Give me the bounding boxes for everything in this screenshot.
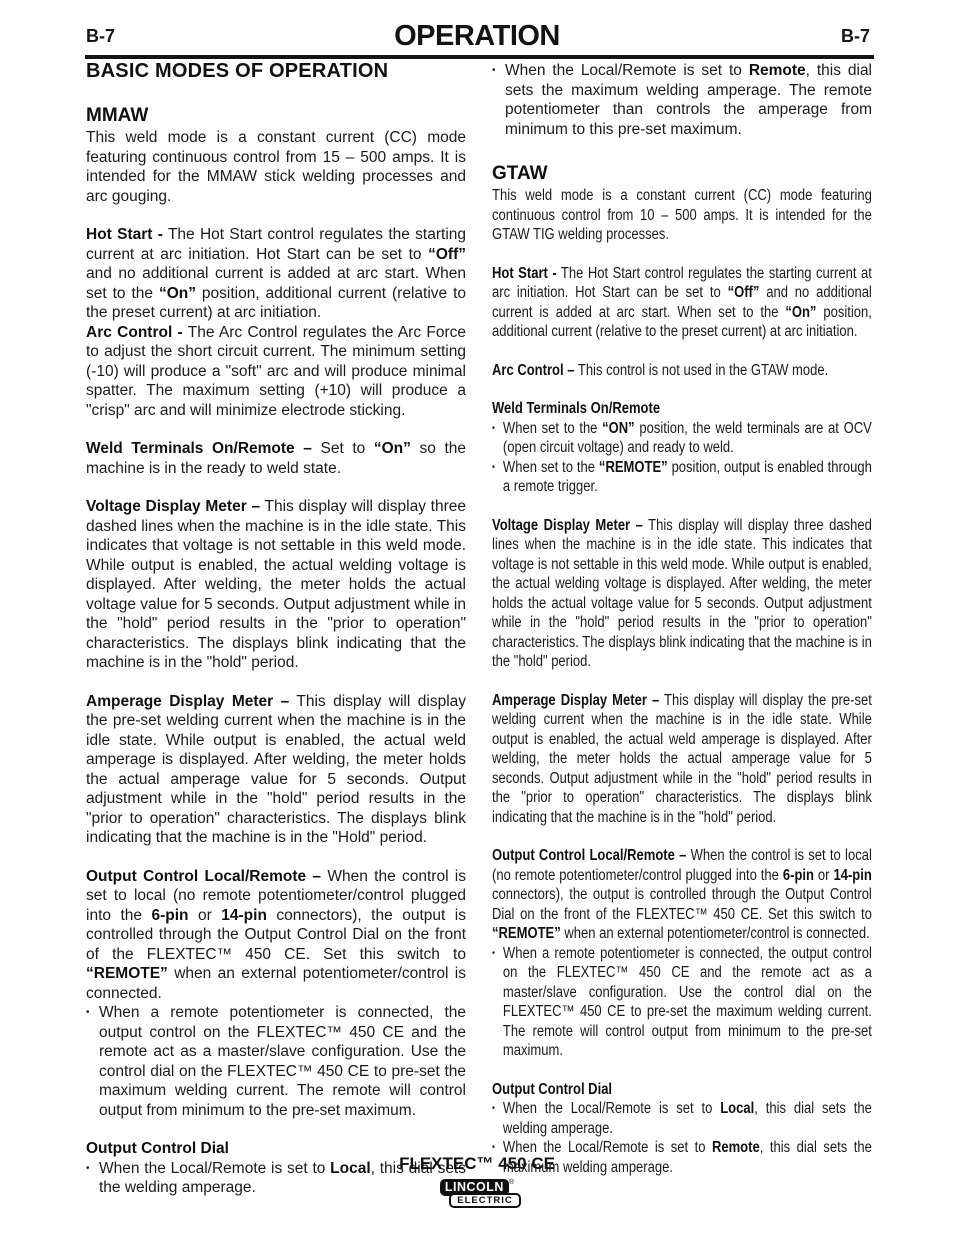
lincoln-electric-logo: LINCOLN® ELECTRIC xyxy=(0,1179,954,1208)
page-title: OPERATION xyxy=(0,20,954,53)
spacer xyxy=(492,245,872,264)
bullet-item: •When a remote potentiometer is connecte… xyxy=(492,944,872,1061)
mode-heading: GTAW xyxy=(492,163,872,184)
mode-heading: MMAW xyxy=(86,105,466,126)
spacer xyxy=(492,497,872,516)
footer-model-name: FLEXTEC™ 450 CE xyxy=(0,1154,954,1174)
spacer xyxy=(86,848,466,867)
left-column: BASIC MODES OF OPERATIONMMAWThis weld mo… xyxy=(86,61,466,1198)
spacer xyxy=(492,1061,872,1080)
spacer xyxy=(492,139,872,163)
registered-trademark-icon: ® xyxy=(509,1179,514,1186)
paragraph: Amperage Display Meter – This display wi… xyxy=(86,692,466,848)
paragraph: Weld Terminals On/Remote – Set to “On” s… xyxy=(86,439,466,478)
bullet-icon: • xyxy=(492,944,503,1061)
spacer xyxy=(86,420,466,439)
paragraph: Arc Control – This control is not used i… xyxy=(492,361,872,381)
bullet-text: When a remote potentiometer is connected… xyxy=(503,944,872,1061)
spacer xyxy=(492,380,872,399)
header-rule xyxy=(85,55,874,59)
spacer xyxy=(86,673,466,692)
bullet-text: When a remote potentiometer is connected… xyxy=(99,1003,466,1120)
spacer xyxy=(492,672,872,691)
spacer xyxy=(492,342,872,361)
paragraph: Amperage Display Meter – This display wi… xyxy=(492,691,872,828)
spacer xyxy=(86,478,466,497)
bullet-item: •When set to the “REMOTE” position, outp… xyxy=(492,458,872,497)
bullet-item: •When the Local/Remote is set to Remote,… xyxy=(492,61,872,139)
spacer xyxy=(492,827,872,846)
bullet-icon: • xyxy=(492,1099,503,1138)
paragraph: Hot Start - The Hot Start control regula… xyxy=(86,225,466,323)
right-column: •When the Local/Remote is set to Remote,… xyxy=(492,61,872,1177)
paragraph: This weld mode is a constant current (CC… xyxy=(86,128,466,206)
spacer xyxy=(86,206,466,225)
paragraph: Output Control Local/Remote – When the c… xyxy=(86,867,466,1004)
bullet-icon: • xyxy=(492,458,503,497)
bullet-text: When set to the “ON” position, the weld … xyxy=(503,419,872,458)
paragraph: Hot Start - The Hot Start control regula… xyxy=(492,264,872,342)
spacer xyxy=(86,1120,466,1139)
bullet-item: •When a remote potentiometer is connecte… xyxy=(86,1003,466,1120)
logo-electric-text: ELECTRIC xyxy=(449,1193,521,1208)
paragraph: This weld mode is a constant current (CC… xyxy=(492,186,872,245)
paragraph: Voltage Display Meter – This display wil… xyxy=(492,516,872,672)
bullet-icon: • xyxy=(492,419,503,458)
manual-page: B-7 OPERATION B-7 BASIC MODES OF OPERATI… xyxy=(0,0,954,1235)
sub-heading: Output Control Dial xyxy=(492,1080,872,1100)
bullet-icon: • xyxy=(86,1003,99,1120)
paragraph: Arc Control - The Arc Control regulates … xyxy=(86,323,466,421)
bullet-text: When the Local/Remote is set to Local, t… xyxy=(503,1099,872,1138)
logo-electric-row: ELECTRIC xyxy=(0,1193,954,1208)
bullet-icon: • xyxy=(492,61,505,139)
bullet-text: When set to the “REMOTE” position, outpu… xyxy=(503,458,872,497)
paragraph: Voltage Display Meter – This display wil… xyxy=(86,497,466,673)
bullet-item: •When set to the “ON” position, the weld… xyxy=(492,419,872,458)
paragraph: Output Control Local/Remote – When the c… xyxy=(492,846,872,944)
bullet-item: •When the Local/Remote is set to Local, … xyxy=(492,1099,872,1138)
section-title: BASIC MODES OF OPERATION xyxy=(86,61,466,82)
sub-heading: Weld Terminals On/Remote xyxy=(492,399,872,419)
bullet-text: When the Local/Remote is set to Remote, … xyxy=(505,61,872,139)
spacer xyxy=(86,82,466,105)
page-number-right: B-7 xyxy=(841,26,870,47)
